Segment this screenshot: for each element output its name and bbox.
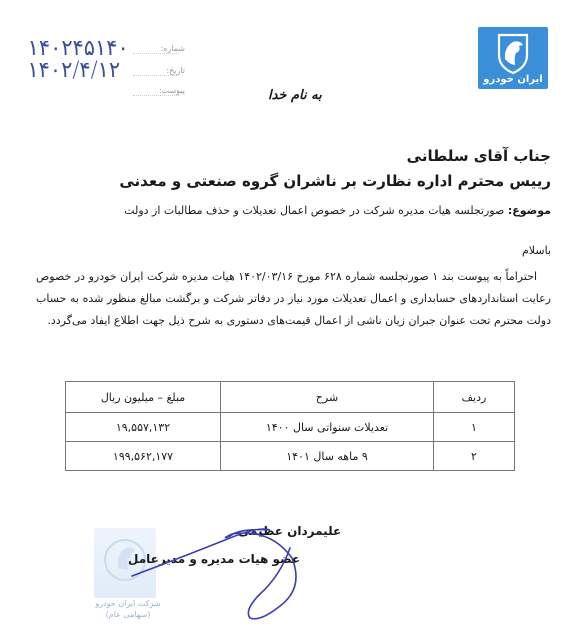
attachment-field: پیوست: [25, 84, 185, 104]
attachment-label: پیوست: [159, 86, 185, 95]
column-header-description: شرح [221, 382, 434, 413]
subject-text: صورتجلسه هیات مدیره شرکت در خصوص اعمال ت… [124, 204, 504, 217]
column-header-index: ردیف [434, 382, 515, 413]
dotted-line [133, 95, 179, 96]
iran-khodro-logo: ایران خودرو [478, 27, 548, 89]
subject-line: موضوع: صورتجلسه هیات مدیره شرکت در خصوص … [124, 204, 551, 217]
row-amount: ۱۹۹,۵۶۲,۱۷۷ [66, 442, 221, 471]
letter-date-value: ۱۴۰۲/۴/۱۲ [27, 58, 120, 83]
greeting: باسلام [522, 244, 551, 257]
amounts-table: ردیف شرح مبلغ – میلیون ریال ۱ تعدیلات سن… [65, 381, 515, 471]
table-header-row: ردیف شرح مبلغ – میلیون ریال [66, 382, 515, 413]
recipient-salutation: جناب آقای سلطانی [407, 147, 551, 165]
table-row: ۱ تعدیلات سنواتی سال ۱۴۰۰ ۱۹,۵۵۷,۱۳۲ [66, 413, 515, 442]
recipient-title: رییس محترم اداره نظارت بر ناشران گروه صن… [119, 172, 551, 190]
dotted-line [133, 75, 179, 76]
bismillah-heading: به نام خدا [268, 88, 322, 103]
subject-label: موضوع: [508, 204, 551, 217]
logo-text: ایران خودرو [478, 74, 548, 85]
column-header-amount: مبلغ – میلیون ریال [66, 382, 221, 413]
letter-date-field: ۱۴۰۲/۴/۱۲ تاریخ: [25, 64, 185, 84]
row-index: ۲ [434, 442, 515, 471]
dotted-line [133, 53, 179, 54]
row-amount: ۱۹,۵۵۷,۱۳۲ [66, 413, 221, 442]
table-row: ۲ ۹ ماهه سال ۱۴۰۱ ۱۹۹,۵۶۲,۱۷۷ [66, 442, 515, 471]
letter-date-label: تاریخ: [166, 66, 185, 75]
row-index: ۱ [434, 413, 515, 442]
handwritten-signature [120, 518, 300, 628]
letter-body: احتراماً به پیوست بند ۱ صورتجلسه شماره ۶… [36, 266, 551, 332]
row-description: تعدیلات سنواتی سال ۱۴۰۰ [221, 413, 434, 442]
letter-number-label: شماره: [160, 44, 185, 53]
row-description: ۹ ماهه سال ۱۴۰۱ [221, 442, 434, 471]
